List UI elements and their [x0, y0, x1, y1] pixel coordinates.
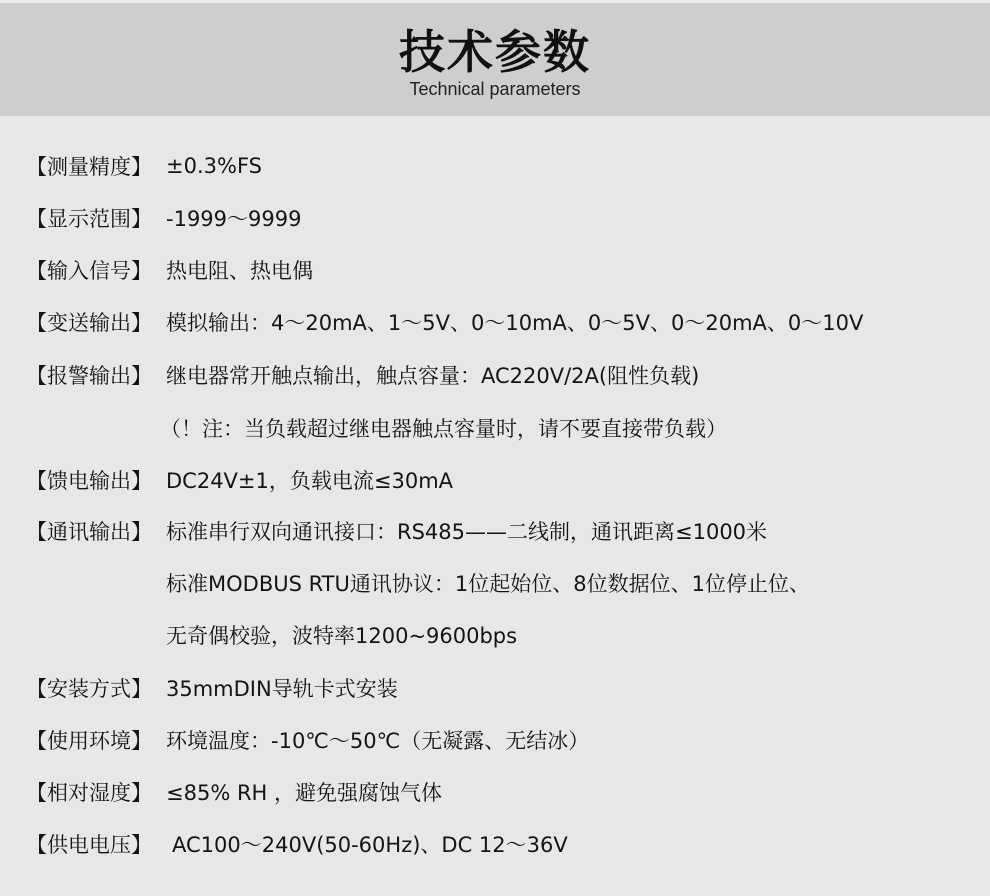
spec-row-comm-output: 【通讯输出】 标准串行双向通讯接口：RS485——二线制，通讯距离≤1000米 — [0, 505, 990, 557]
spec-row-accuracy: 【测量精度】 ±0.3%FS — [0, 140, 990, 192]
spec-label: 【报警输出】 — [26, 360, 152, 390]
spec-row-installation: 【安装方式】 35mmDIN导轨卡式安装 — [0, 662, 990, 714]
spec-label: 【相对湿度】 — [26, 777, 152, 807]
spec-row-display-range: 【显示范围】 -1999～9999 — [0, 192, 990, 244]
page-subtitle: Technical parameters — [0, 78, 990, 100]
spec-value: 35mmDIN导轨卡式安装 — [166, 673, 398, 703]
spec-value-continued: 无奇偶校验，波特率1200~9600bps — [166, 620, 517, 650]
spec-label: 【通讯输出】 — [26, 516, 152, 546]
spec-value: 标准串行双向通讯接口：RS485——二线制，通讯距离≤1000米 — [166, 516, 767, 546]
spec-row-comm-protocol: 标准MODBUS RTU通讯协议：1位起始位、8位数据位、1位停止位、 — [0, 557, 990, 609]
spec-row-environment: 【使用环境】 环境温度：-10℃～50℃（无凝露、无结冰） — [0, 714, 990, 766]
spec-label: 【供电电压】 — [26, 829, 152, 859]
spec-row-comm-parity: 无奇偶校验，波特率1200~9600bps — [0, 609, 990, 661]
spec-row-alarm-output: 【报警输出】 继电器常开触点输出，触点容量：AC220V/2A(阻性负载) — [0, 349, 990, 401]
spec-value: -1999～9999 — [166, 203, 301, 233]
spec-value: DC24V±1，负载电流≤30mA — [166, 465, 453, 495]
spec-row-alarm-note: （！注：当负载超过继电器触点容量时，请不要直接带负载） — [0, 402, 990, 454]
spec-value: 热电阻、热电偶 — [166, 255, 313, 285]
spec-label: 【使用环境】 — [26, 725, 152, 755]
spec-note: （！注：当负载超过继电器触点容量时，请不要直接带负载） — [160, 413, 727, 443]
spec-row-feed-output: 【馈电输出】 DC24V±1，负载电流≤30mA — [0, 454, 990, 506]
spec-value-continued: 标准MODBUS RTU通讯协议：1位起始位、8位数据位、1位停止位、 — [166, 568, 810, 598]
spec-value: AC100～240V(50-60Hz)、DC 12～36V — [172, 829, 568, 859]
spec-label: 【馈电输出】 — [26, 465, 152, 495]
section-header: 技术参数 Technical parameters — [0, 3, 990, 116]
spec-row-humidity: 【相对湿度】 ≤85% RH ，避免强腐蚀气体 — [0, 766, 990, 818]
spec-label: 【测量精度】 — [26, 151, 152, 181]
spec-value: 继电器常开触点输出，触点容量：AC220V/2A(阻性负载) — [166, 360, 699, 390]
spec-label: 【显示范围】 — [26, 203, 152, 233]
spec-label: 【安装方式】 — [26, 673, 152, 703]
spec-value: 环境温度：-10℃～50℃（无凝露、无结冰） — [166, 725, 589, 755]
spec-value: ±0.3%FS — [166, 154, 262, 178]
spec-label: 【输入信号】 — [26, 255, 152, 285]
spec-value: 模拟输出：4～20mA、1～5V、0～10mA、0～5V、0～20mA、0～10… — [166, 307, 863, 337]
spec-row-power-supply: 【供电电压】 AC100～240V(50-60Hz)、DC 12～36V — [0, 818, 990, 870]
spec-row-input-signal: 【输入信号】 热电阻、热电偶 — [0, 244, 990, 296]
page-title: 技术参数 — [0, 25, 990, 79]
spec-row-transmit-output: 【变送输出】 模拟输出：4～20mA、1～5V、0～10mA、0～5V、0～20… — [0, 296, 990, 348]
spec-label: 【变送输出】 — [26, 307, 152, 337]
spec-value: ≤85% RH ，避免强腐蚀气体 — [166, 777, 442, 807]
